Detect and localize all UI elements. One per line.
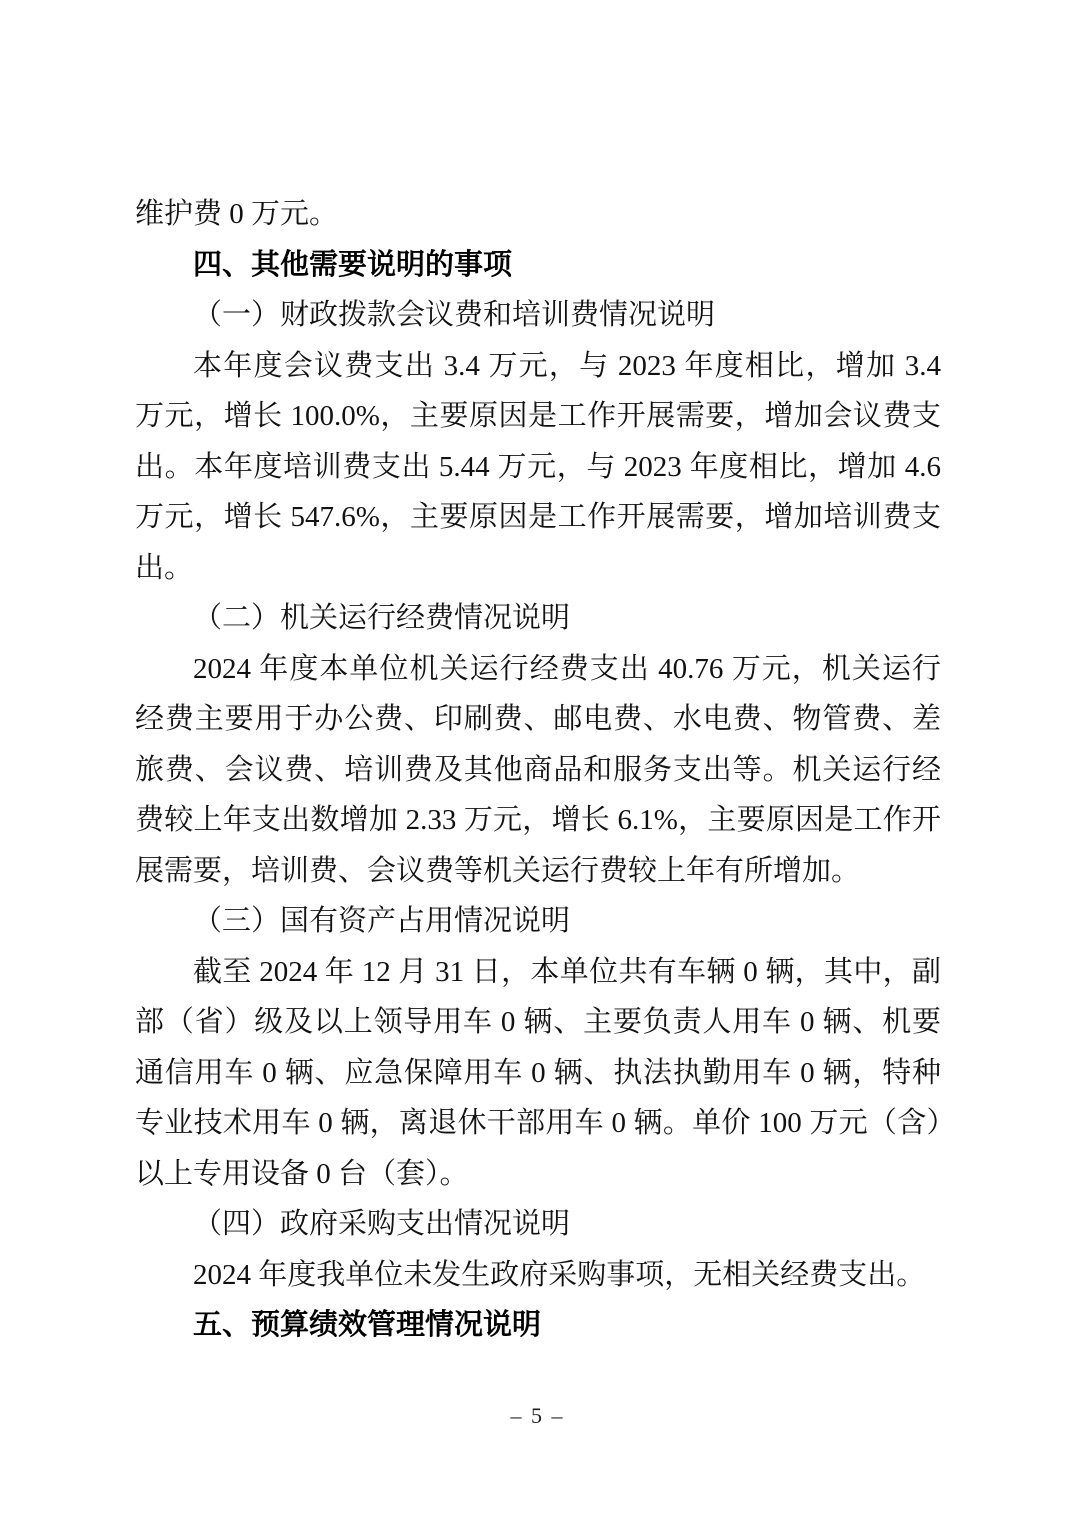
paragraph: 2024 年度我单位未发生政府采购事项，无相关经费支出。 bbox=[135, 1250, 941, 1301]
paragraph: （一）财政拨款会议费和培训费情况说明 bbox=[135, 290, 941, 341]
paragraph: 2024 年度本单位机关运行经费支出 40.76 万元，机关运行经费主要用于办公… bbox=[135, 644, 941, 897]
section-heading: 五、预算绩效管理情况说明 bbox=[135, 1300, 941, 1351]
paragraph: 维护费 0 万元。 bbox=[135, 189, 941, 240]
paragraph: （三）国有资产占用情况说明 bbox=[135, 896, 941, 947]
page-footer: – 5 – bbox=[0, 1401, 1075, 1431]
paragraph: 本年度会议费支出 3.4 万元，与 2023 年度相比，增加 3.4 万元，增长… bbox=[135, 341, 941, 594]
page-number: – 5 – bbox=[511, 1403, 565, 1428]
paragraph: 截至 2024 年 12 月 31 日，本单位共有车辆 0 辆，其中，副部（省）… bbox=[135, 947, 941, 1200]
document-page: 维护费 0 万元。四、其他需要说明的事项（一）财政拨款会议费和培训费情况说明本年… bbox=[0, 0, 1075, 1520]
section-heading: 四、其他需要说明的事项 bbox=[135, 240, 941, 291]
document-content: 维护费 0 万元。四、其他需要说明的事项（一）财政拨款会议费和培训费情况说明本年… bbox=[135, 189, 941, 1351]
paragraph: （二）机关运行经费情况说明 bbox=[135, 593, 941, 644]
paragraph: （四）政府采购支出情况说明 bbox=[135, 1199, 941, 1250]
